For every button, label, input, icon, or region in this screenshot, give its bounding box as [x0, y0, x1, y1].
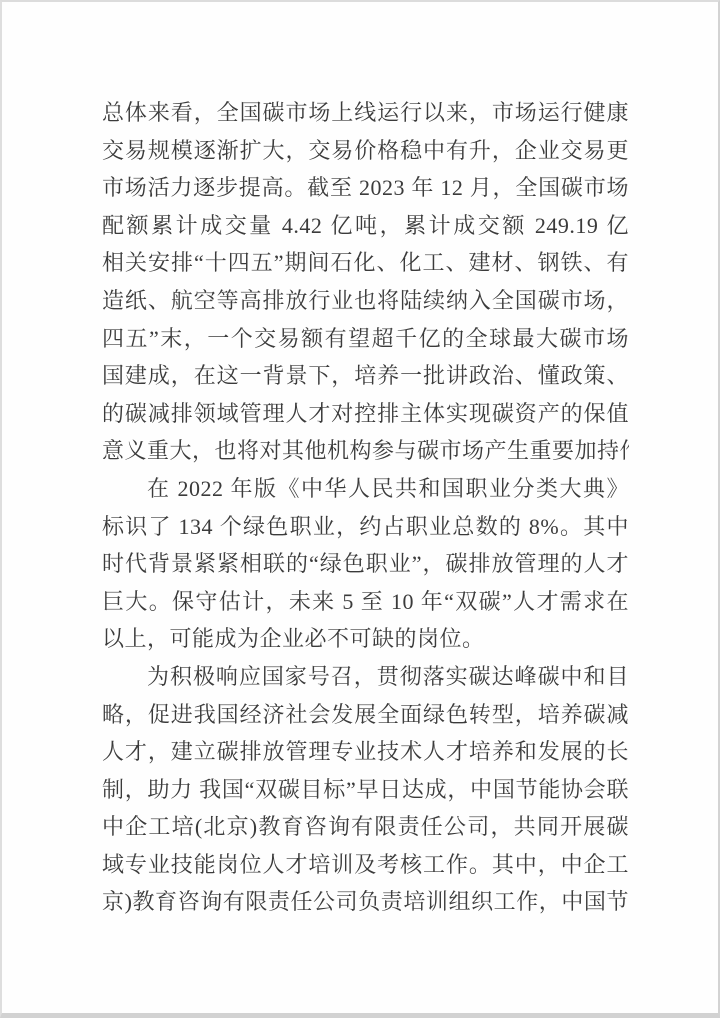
text-line: 域专业技能岗位人才培训及考核工作。其中，中企工培(北	[102, 846, 629, 884]
text-line: 时代背景紧紧相联的“绿色职业”，碳排放管理的人才缺口	[102, 545, 629, 583]
document-page: 总体来看，全国碳市场上线运行以来，市场运行健康有序，交易规模逐渐扩大，交易价格稳…	[0, 0, 720, 1018]
text-line: 市场活力逐步提高。截至 2023 年 12 月，全国碳市场碳排放	[102, 169, 629, 207]
text-line: 交易规模逐渐扩大，交易价格稳中有升，企业交易更加积极，	[102, 132, 629, 170]
text-line: 总体来看，全国碳市场上线运行以来，市场运行健康有序，	[102, 94, 629, 132]
text-line: 制，助力 我国“双碳目标”早日达成，中国节能协会联合	[102, 771, 629, 809]
text-block: 总体来看，全国碳市场上线运行以来，市场运行健康有序，交易规模逐渐扩大，交易价格稳…	[102, 94, 629, 921]
text-line: 为积极响应国家号召，贯彻落实碳达峰碳中和目标战	[102, 658, 629, 696]
text-line: 以上，可能成为企业必不可缺的岗位。	[102, 620, 629, 658]
text-line: 国建成，在这一背景下，培养一批讲政治、懂政策、精业务	[102, 357, 629, 395]
text-line: 人才，建立碳排放管理专业技术人才培养和发展的长效机	[102, 733, 629, 771]
paragraph: 总体来看，全国碳市场上线运行以来，市场运行健康有序，交易规模逐渐扩大，交易价格稳…	[102, 94, 629, 470]
text-line: 造纸、航空等高排放行业也将陆续纳入全国碳市场，到“十	[102, 282, 629, 320]
text-line: 京)教育咨询有限责任公司负责培训组织工作，中国节能协	[102, 883, 629, 921]
text-line: 的碳减排领域管理人才对控排主体实现碳资产的保值增值	[102, 395, 629, 433]
text-line: 相关安排“十四五”期间石化、化工、建材、钢铁、有色、	[102, 244, 629, 282]
text-line: 略，促进我国经济社会发展全面绿色转型，培养碳减排领域	[102, 696, 629, 734]
text-line: 中企工培(北京)教育咨询有限责任公司，共同开展碳减排领	[102, 808, 629, 846]
paragraph: 为积极响应国家号召，贯彻落实碳达峰碳中和目标战略，促进我国经济社会发展全面绿色转…	[102, 658, 629, 921]
text-line: 在 2022 年版《中华人民共和国职业分类大典》中，共	[102, 470, 629, 508]
text-line: 配额累计成交量 4.42 亿吨，累计成交额 249.19 亿元。根据	[102, 207, 629, 245]
text-line: 标识了 134 个绿色职业，约占职业总数的 8%。其中作为与	[102, 508, 629, 546]
text-line: 意义重大，也将对其他机构参与碳市场产生重要加持作用。	[102, 432, 629, 470]
paragraph: 在 2022 年版《中华人民共和国职业分类大典》中，共标识了 134 个绿色职业…	[102, 470, 629, 658]
text-line: 四五”末，一个交易额有望超千亿的全球最大碳市场将在中	[102, 320, 629, 358]
text-line: 巨大。保守估计，未来 5 至 10 年“双碳”人才需求在百万	[102, 583, 629, 621]
